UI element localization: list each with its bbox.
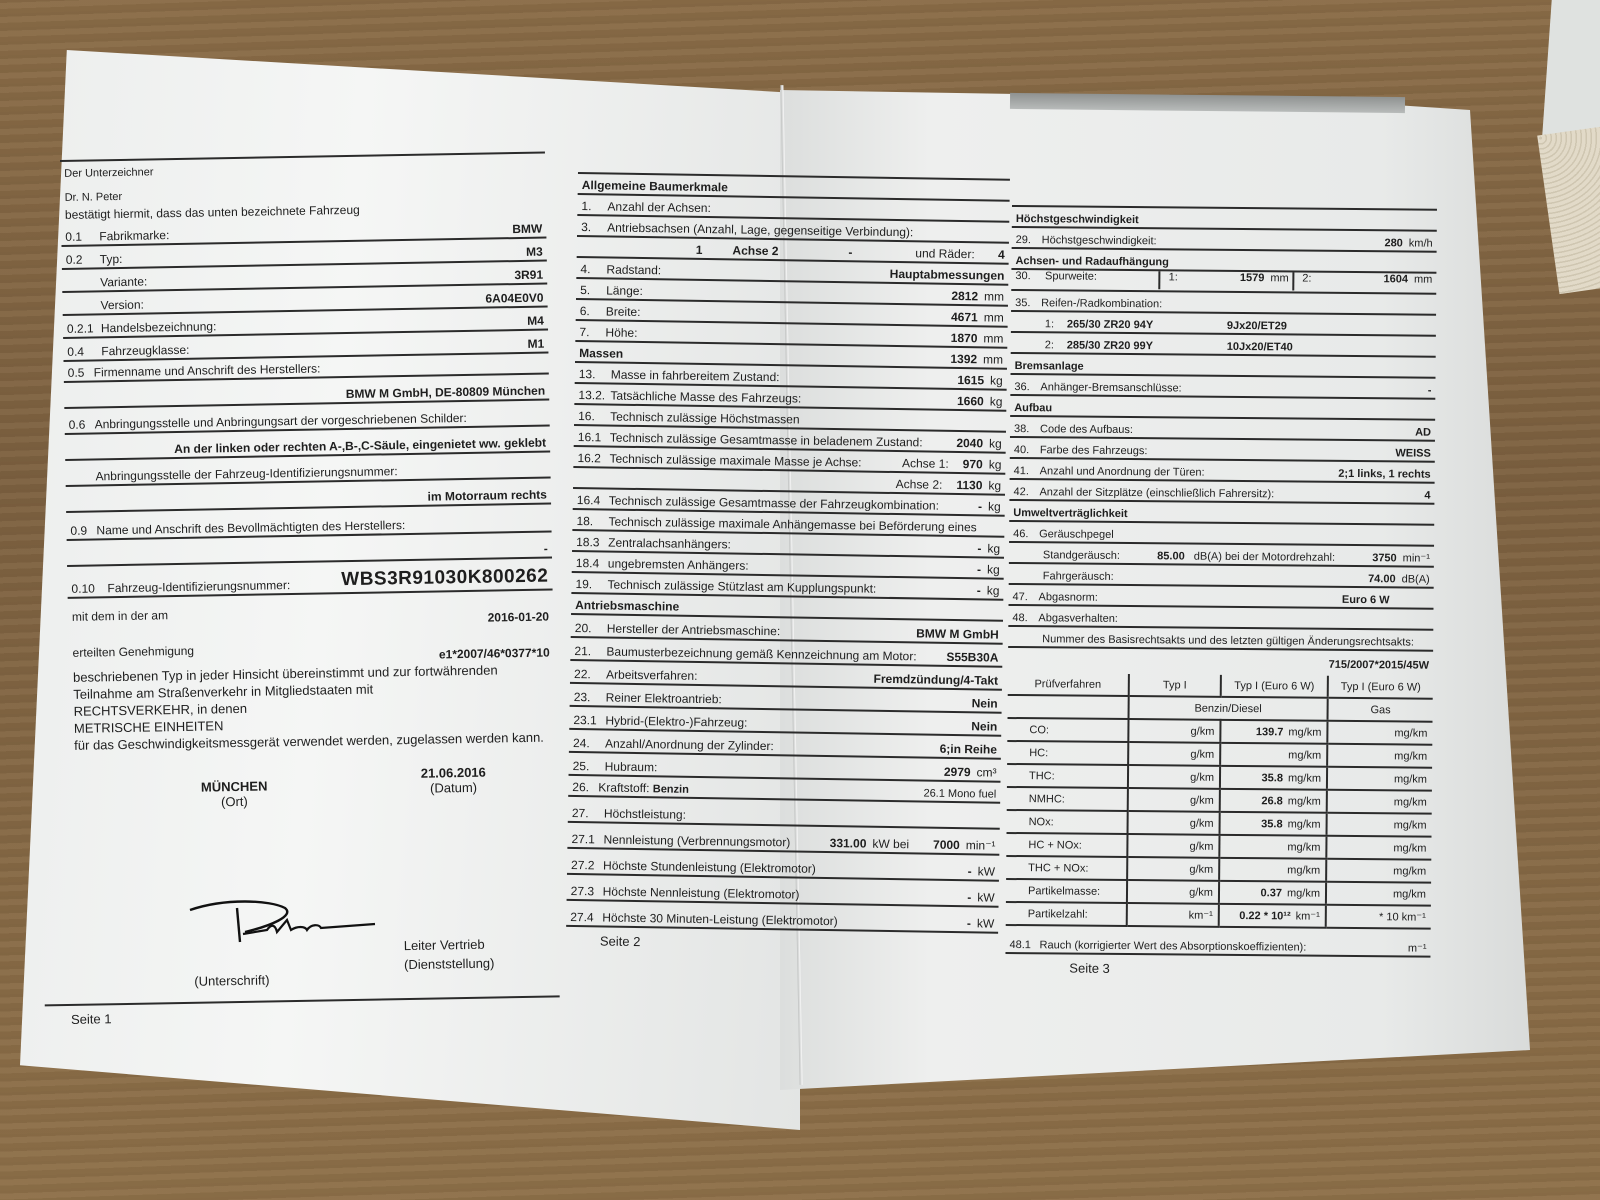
emissions-row: Partikelzahl:km⁻¹0.22 * 10¹²km⁻¹* 10 km⁻… xyxy=(1006,902,1431,929)
engine-row-value: BMW M GmbH xyxy=(916,626,999,641)
mass-row-value: 970 xyxy=(963,457,983,471)
engine-row-value: Nein xyxy=(972,696,998,710)
field-row-value: M1 xyxy=(527,337,544,351)
power-row-value: - xyxy=(967,890,971,904)
mass-row-value: 1660 xyxy=(957,394,984,408)
fuel-value: Benzin xyxy=(653,783,689,796)
representative-value: - xyxy=(544,542,548,556)
engine-row-value: Fremdzündung/4-Takt xyxy=(874,672,999,688)
emissions-table: Prüfverfahren Typ I Typ I (Euro 6 W) Typ… xyxy=(1006,673,1433,930)
mass-row-value: - xyxy=(977,541,981,555)
body-row-value: 2;1 links, 1 rechts xyxy=(1338,468,1430,481)
engine-row-value: S55B30A xyxy=(946,650,998,665)
page-number-3: Seite 3 xyxy=(1065,954,1430,984)
position: Leiter Vertrieb xyxy=(404,937,495,954)
mass-row-value: - xyxy=(977,562,981,576)
tyre-size: 265/30 ZR20 94Y xyxy=(1067,318,1227,331)
field-row-value: BMW xyxy=(512,222,542,237)
position-label: (Dienststellung) xyxy=(404,956,495,973)
power-row-value: 331.00 xyxy=(830,836,867,851)
mass-row-value: 2040 xyxy=(956,436,983,450)
rim-size: 10Jx20/ET40 xyxy=(1227,341,1293,354)
vin-location-value: im Motorraum rechts xyxy=(427,488,547,504)
body-row-value: WEISS xyxy=(1395,447,1431,459)
handwritten-signature xyxy=(185,890,385,950)
tyre-size: 285/30 ZR20 99Y xyxy=(1067,339,1227,352)
manufacturer-value: BMW M GmbH, DE-80809 München xyxy=(346,384,546,401)
power-row-value: - xyxy=(967,916,971,930)
mass-row-value: - xyxy=(977,583,981,597)
background-paper-sheet xyxy=(1542,0,1600,135)
engine-row-value: 2979 xyxy=(944,765,971,779)
place: MÜNCHEN xyxy=(201,778,268,794)
page-2: Allgemeine Baumerkmale 1. Anzahl der Ach… xyxy=(566,172,1010,961)
field-row-value: M3 xyxy=(526,245,543,259)
max-speed: 280 xyxy=(1384,237,1402,249)
mass-row-value: 1615 xyxy=(957,373,984,387)
drive-noise: 74.00 xyxy=(1368,573,1396,585)
dimensions-header: Hauptabmessungen xyxy=(890,267,1005,283)
date-label: (Datum) xyxy=(421,780,486,796)
act-value: 715/2007*2015/45W xyxy=(1329,659,1429,672)
stationary-noise: 85.00 xyxy=(1157,550,1185,562)
date: 21.06.2016 xyxy=(421,765,486,781)
page-3: Höchstgeschwindigkeit 29. Höchstgeschwin… xyxy=(1005,205,1437,985)
approval-number: e1*2007/46*0377*10 xyxy=(439,646,550,662)
act-value-row: 715/2007*2015/45W xyxy=(1008,648,1433,673)
power-row-value: - xyxy=(968,864,972,878)
mass-row-value: - xyxy=(978,499,982,513)
vin-value: WBS3R91030K800262 xyxy=(341,566,548,592)
engine-row-value: Nein xyxy=(971,719,997,733)
engine-row-value: 6;in Reihe xyxy=(940,742,998,757)
field-row-value: 6A04E0V0 xyxy=(485,291,543,306)
smoke-row: 48.1 Rauch (korrigierter Wert des Absorp… xyxy=(1005,926,1430,958)
rim-size: 9Jx20/ET29 xyxy=(1227,320,1287,333)
approval-row: erteilten Genehmigung e1*2007/46*0377*10 xyxy=(68,616,554,660)
field-row-value: M4 xyxy=(527,314,544,328)
approval-date: 2016-01-20 xyxy=(488,610,550,625)
emission-standard: Euro 6 W xyxy=(1342,594,1390,606)
mass-row-value: 1130 xyxy=(956,478,982,492)
background-card xyxy=(1537,126,1600,294)
place-label: (Ort) xyxy=(201,793,268,809)
field-row-value: 3R91 xyxy=(514,268,543,282)
body-row-value: 4 xyxy=(1424,490,1430,502)
body-row-value: AD xyxy=(1415,427,1431,439)
signature-label: (Unterschrift) xyxy=(194,972,269,988)
signature-block: MÜNCHEN (Ort) 21.06.2016 (Datum) Leiter … xyxy=(70,745,559,1003)
fuel-note: 26.1 Mono fuel xyxy=(923,788,996,801)
